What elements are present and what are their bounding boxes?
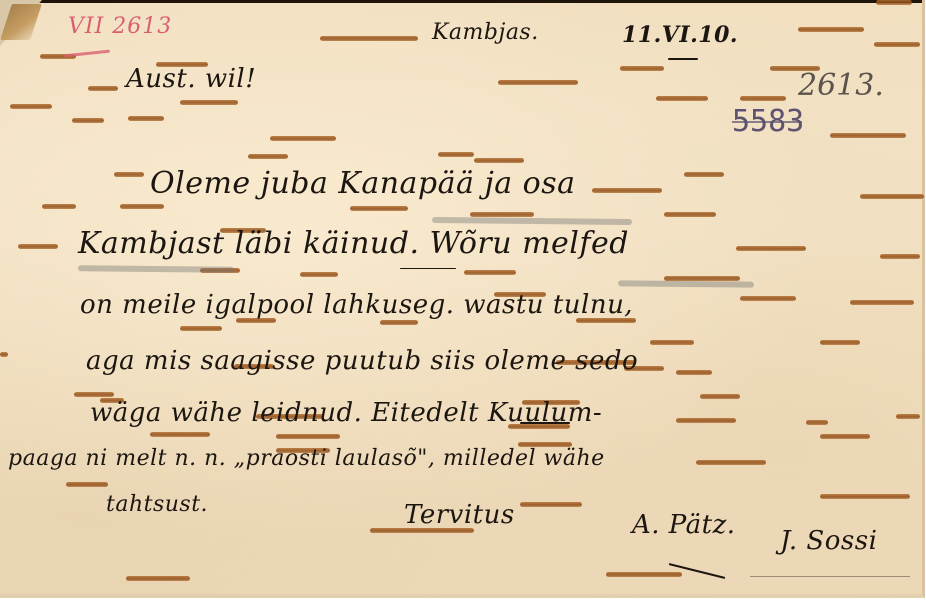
pencil-underline-kanapaa [432,217,632,225]
date-underline [668,58,698,60]
letter-date: 11.VI.10. [622,22,738,48]
underline-kainud [400,268,456,269]
body-line-3: on meile igalpool lahkuseg. wastu tulnu, [80,290,633,320]
archive-reference-red: VII 2613 [68,14,172,39]
body-line-6: paaga ni melt n. n. „praosti laulasõ", m… [8,446,605,471]
signature-2-underline [750,576,910,577]
stamp-strikethrough [732,121,802,123]
body-line-4: aga mis saagisse puutub siis oleme sedo [86,346,638,376]
pencil-underline-kambjast [78,265,234,273]
archive-reference-underline [64,50,110,58]
pencil-underline-woru [618,280,754,287]
body-line-7: tahtsust. [106,492,208,517]
underline-dash [520,422,570,424]
closing-greeting: Tervitus [404,500,515,530]
signature-2: J. Sossi [780,526,877,556]
postcard: VII 2613 2613. 5583 Kambjas. 11.VI.10. A… [0,0,925,598]
salutation: Aust. wil! [126,64,256,94]
body-line-1: Oleme juba Kanapää ja osa [150,166,576,201]
body-line-2: Kambjast läbi käinud. Wõru melfed [78,226,629,261]
place-name: Kambjas. [432,20,539,45]
archive-number-pencil: 2613. [798,68,884,103]
signature-1: A. Pätz. [632,510,736,540]
